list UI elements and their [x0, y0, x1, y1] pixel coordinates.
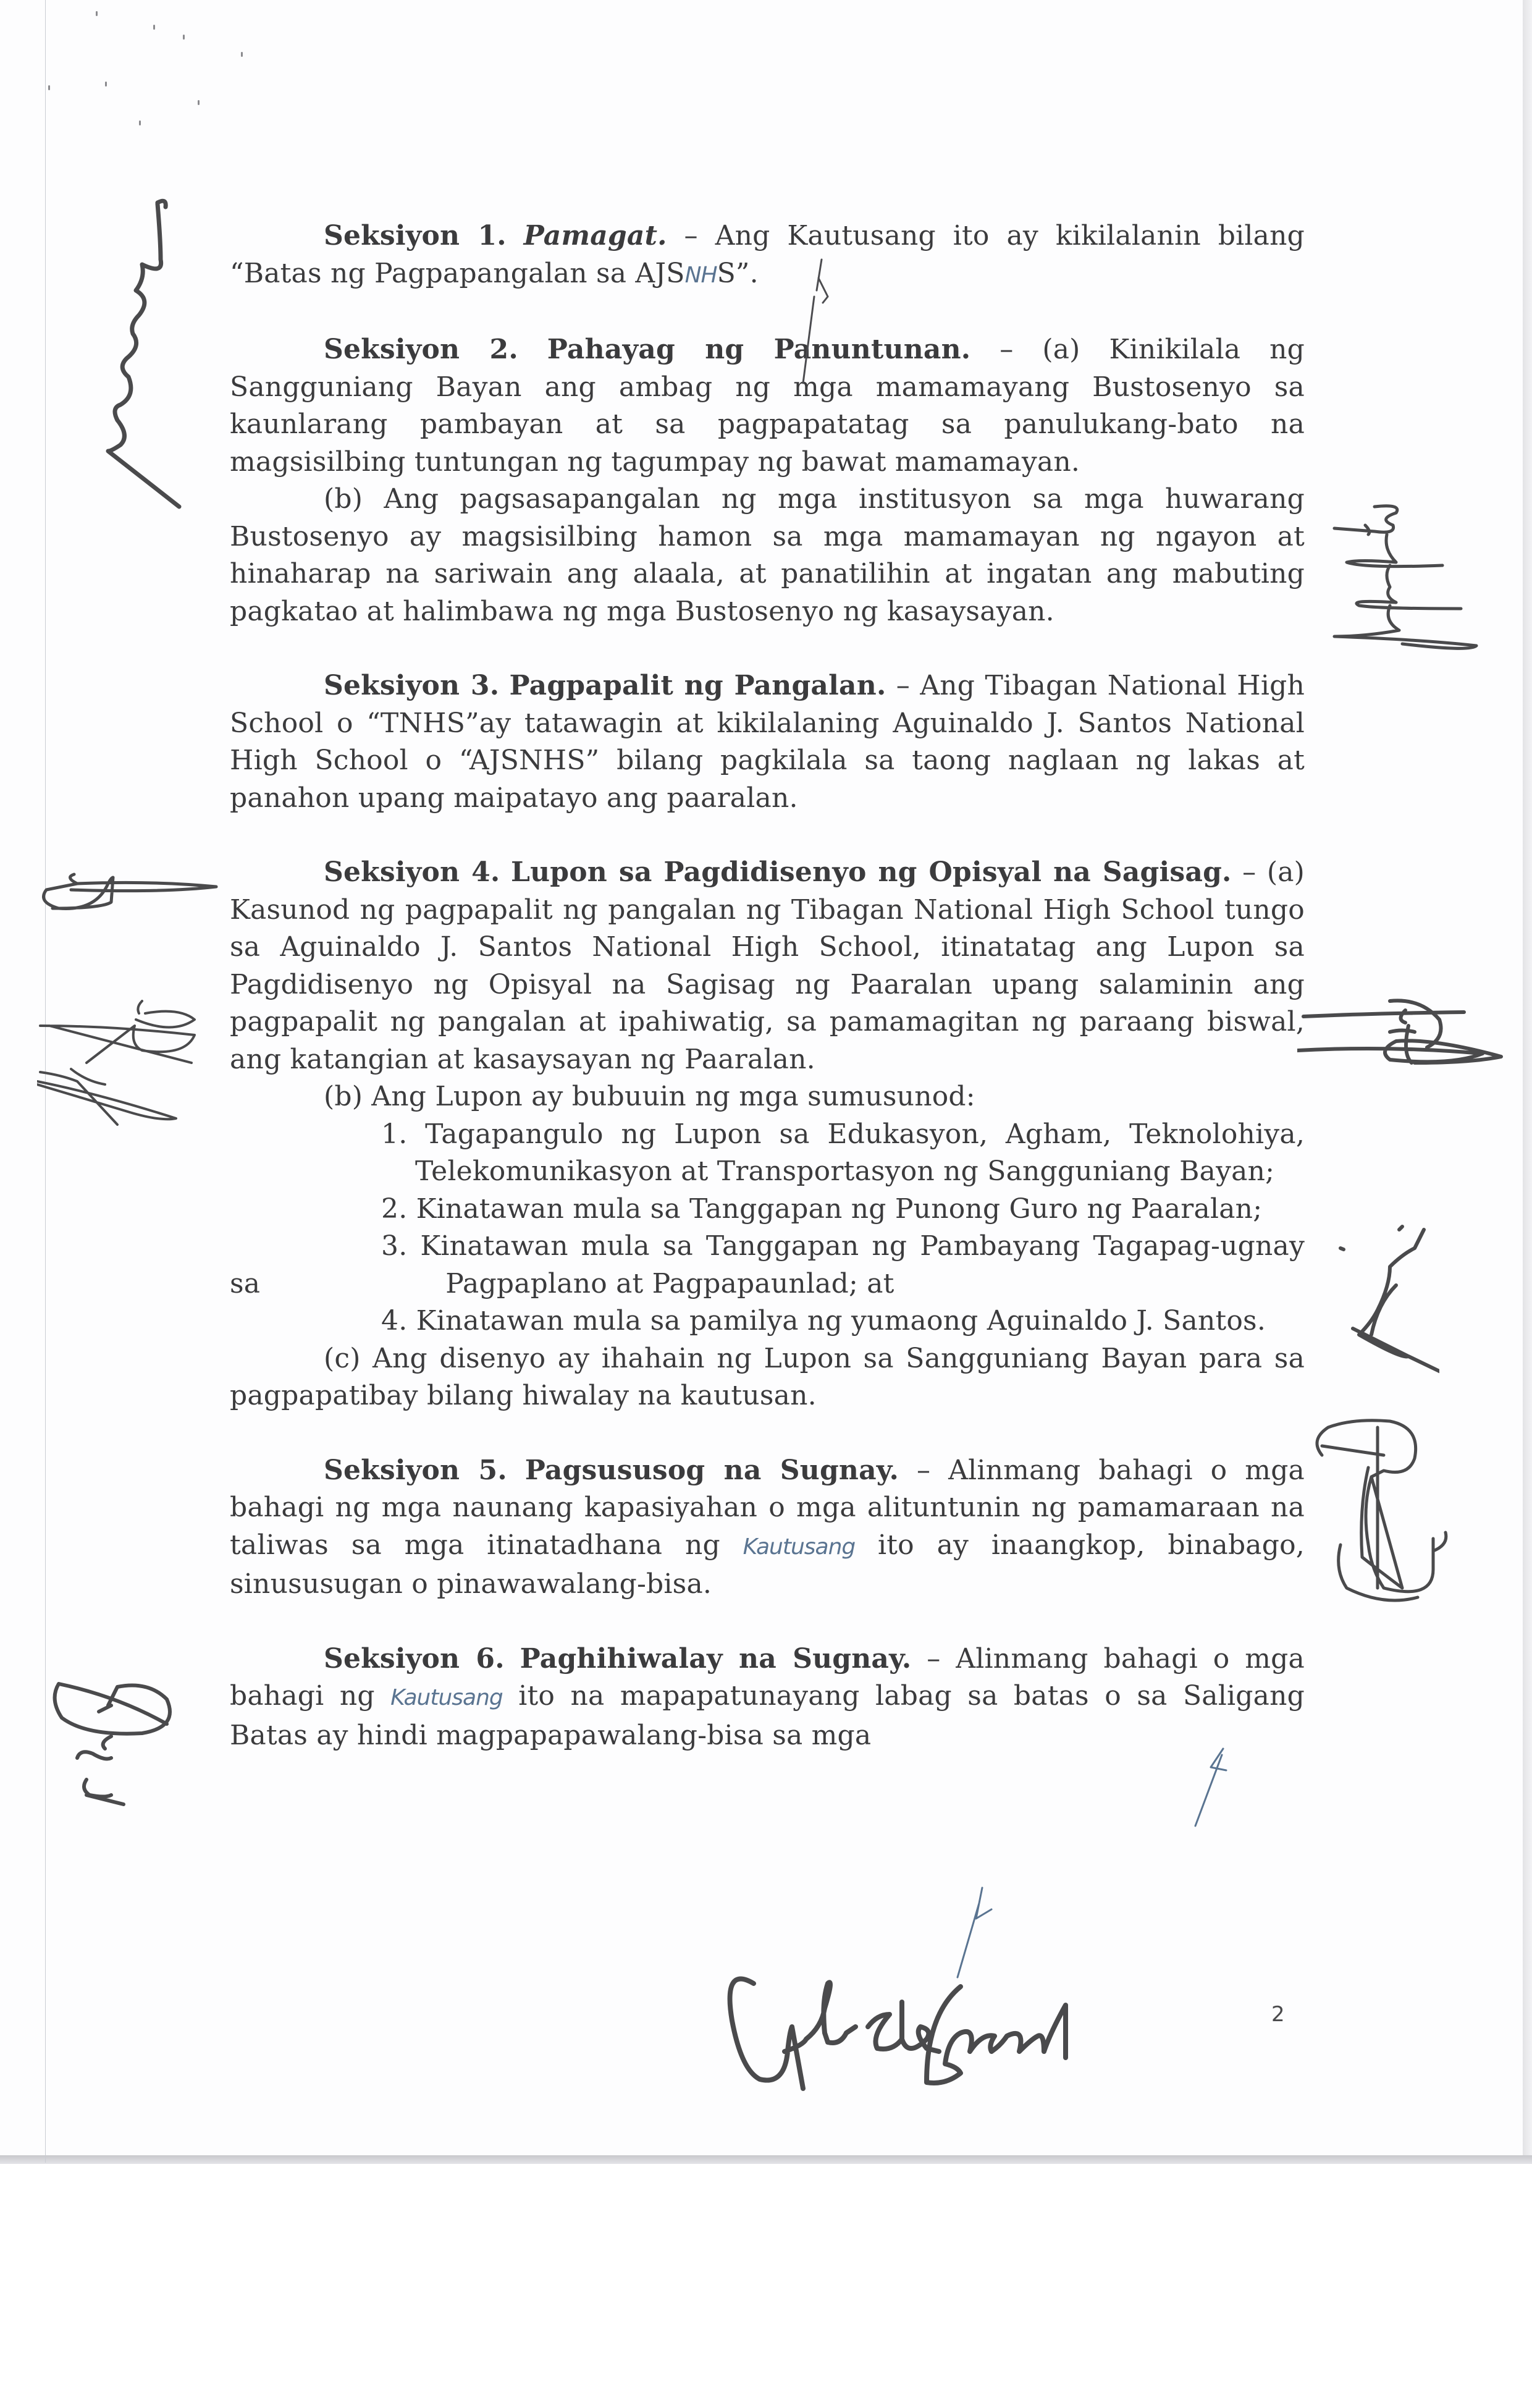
margin-line — [45, 0, 46, 2163]
section-2-label: Seksiyon 2. — [324, 334, 518, 365]
member-number: 3. — [381, 1230, 407, 1262]
ordinance-body: Seksiyon 1. Pamagat. – Ang Kautusang ito… — [230, 218, 1305, 1754]
section-3-title: Pagpapalit ng Pangalan. — [510, 670, 886, 701]
member-item: 4. Kinatawan mula sa pamilya ng yumaong … — [230, 1303, 1305, 1340]
scan-speck — [241, 52, 243, 57]
scan-edge — [1523, 0, 1532, 2163]
handwritten-insert: Kautusang — [390, 1685, 503, 1710]
member-number: 4. — [381, 1305, 407, 1337]
member-text: Tagapangulo ng Lupon sa Edukasyon, Agham… — [425, 1118, 1305, 1150]
handwritten-insert: Kautusang — [743, 1534, 856, 1560]
member-text-cont: Pagpaplano at Pagpapaunlad; at — [445, 1268, 894, 1299]
member-text: Kinatawan mula sa Tanggapan ng Punong Gu… — [416, 1193, 1263, 1225]
scan-speck — [105, 82, 107, 87]
section-2: Seksiyon 2. Pahayag ng Panuntunan. – (a)… — [230, 331, 1305, 481]
scan-speck — [139, 120, 141, 125]
section-5-label: Seksiyon 5. — [324, 1455, 507, 1486]
handwritten-insert: NH — [685, 263, 717, 288]
section-4-para-a: – (a) Kasunod ng pagpapalit ng pangalan … — [230, 856, 1305, 1075]
member-text: Kinatawan mula sa pamilya ng yumaong Agu… — [416, 1305, 1266, 1337]
section-2-title: Pahayag ng Panuntunan. — [547, 334, 971, 365]
section-2-para-b: (b) Ang pagsasapangalan ng mga institusy… — [230, 481, 1305, 630]
section-5: Seksiyon 5. Pagsususog na Sugnay. – Alin… — [230, 1452, 1305, 1603]
section-3: Seksiyon 3. Pagpapalit ng Pangalan. – An… — [230, 667, 1305, 817]
page-number: 2 — [1271, 2002, 1285, 2027]
section-3-label: Seksiyon 3. — [324, 670, 499, 701]
member-number: 2. — [381, 1193, 407, 1225]
section-1: Seksiyon 1. Pamagat. – Ang Kautusang ito… — [230, 218, 1305, 294]
section-4: Seksiyon 4. Lupon sa Pagdidisenyo ng Opi… — [230, 854, 1305, 1078]
section-6: Seksiyon 6. Paghihiwalay na Sugnay. – Al… — [230, 1641, 1305, 1755]
section-4-para-c: (c) Ang disenyo ay ihahain ng Lupon sa S… — [230, 1340, 1305, 1415]
section-1-body-end: S”. — [717, 258, 759, 289]
member-item: 2. Kinatawan mula sa Tanggapan ng Punong… — [230, 1191, 1305, 1228]
member-number: 1. — [381, 1118, 407, 1150]
section-6-label: Seksiyon 6. — [324, 1643, 505, 1675]
scan-speck — [153, 25, 155, 30]
section-5-title: Pagsususog na Sugnay. — [525, 1455, 899, 1486]
member-item: 3. Kinatawan mula sa Tanggapan ng Pambay… — [230, 1228, 1305, 1303]
scan-speck — [48, 85, 50, 90]
section-4-title: Lupon sa Pagdidisenyo ng Opisyal na Sagi… — [511, 856, 1232, 888]
section-6-title: Paghihiwalay na Sugnay. — [520, 1643, 912, 1675]
scan-speck — [198, 100, 200, 105]
section-4-label: Seksiyon 4. — [324, 856, 500, 888]
page-bottom-edge — [0, 2155, 1532, 2164]
member-text-cont: Telekomunikasyon at Transportasyon ng Sa… — [415, 1155, 1274, 1187]
section-1-title: Pamagat. — [524, 220, 667, 251]
scan-speck — [183, 35, 185, 40]
scan-speck — [96, 11, 98, 16]
section-4-para-b-intro: (b) Ang Lupon ay bubuuin ng mga sumusuno… — [230, 1078, 1305, 1116]
member-item: 1. Tagapangulo ng Lupon sa Edukasyon, Ag… — [230, 1116, 1305, 1191]
section-1-label: Seksiyon 1. — [324, 220, 507, 251]
